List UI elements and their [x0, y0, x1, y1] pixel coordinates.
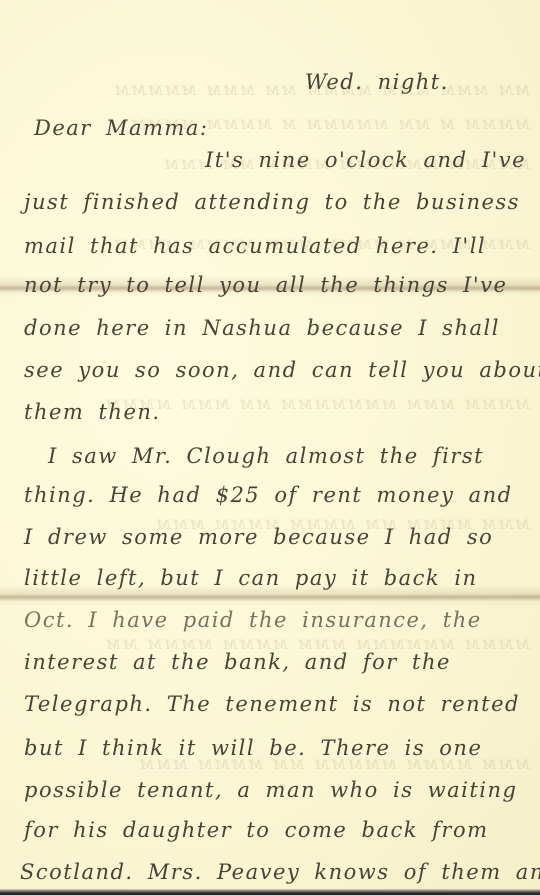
salutation: Dear Mamma: — [34, 118, 208, 139]
letter-page: ᴍᴍ ᴍᴍᴍ ᴍᴍᴍ ᴍᴍᴍᴍ ᴍᴍ ᴍᴍᴍ ᴍᴍᴍᴍᴍ ᴍᴍᴍᴍ ᴍ ᴍᴍ ᴍ… — [0, 0, 540, 895]
letter-line: mail that has accumulated here. I'll — [24, 236, 486, 257]
date-line: Wed. night. — [305, 72, 449, 93]
letter-line: thing. He had $25 of rent money and — [24, 485, 513, 506]
letter-line: see you so soon, and can tell you about — [24, 360, 540, 381]
letter-line: just finished attending to the business — [24, 192, 520, 213]
letter-line: for his daughter to come back from — [24, 820, 489, 841]
letter-line: not try to tell you all the things I've — [24, 275, 507, 296]
letter-line: Telegraph. The tenement is not rented — [24, 694, 520, 715]
letter-line: It's nine o'clock and I've — [205, 150, 526, 171]
letter-line: Scotland. Mrs. Peavey knows of them and — [20, 862, 540, 883]
letter-line: possible tenant, a man who is waiting — [24, 780, 518, 801]
bleed-through-text: ᴍᴍ ᴍᴍᴍ ᴍᴍᴍ ᴍᴍᴍᴍ ᴍᴍ ᴍᴍᴍ ᴍᴍᴍᴍᴍ — [20, 78, 530, 100]
letter-line: done here in Nashua because I shall — [24, 318, 500, 339]
letter-line: interest at the bank, and for the — [24, 652, 451, 673]
letter-line: little left, but I can pay it back in — [24, 568, 478, 589]
letter-line: I drew some more because I had so — [24, 527, 493, 548]
letter-line: them then. — [24, 402, 161, 423]
letter-line: Oct. I have paid the insurance, the — [24, 610, 482, 631]
letter-line: but I think it will be. There is one — [24, 738, 482, 759]
letter-line: I saw Mr. Clough almost the first — [48, 446, 484, 467]
page-bottom-edge — [0, 889, 540, 895]
